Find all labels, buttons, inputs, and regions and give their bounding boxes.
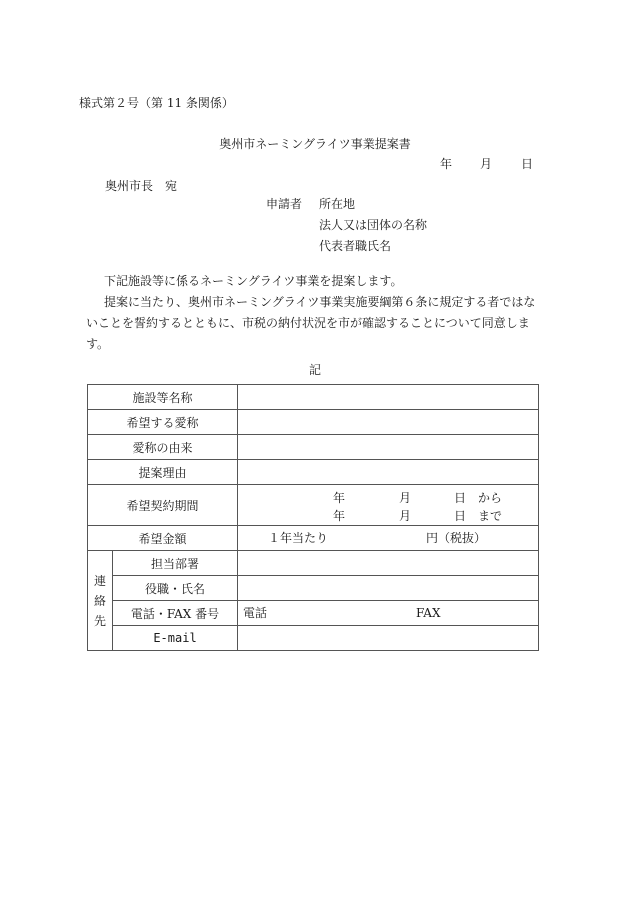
table-row: 希望契約期間 年 月 日 から 年 月 日 まで — [88, 485, 539, 526]
period-to-suffix: まで — [478, 507, 502, 524]
email-field[interactable] — [238, 626, 539, 651]
period-to-day: 日 — [454, 507, 466, 524]
proposal-reason-label: 提案理由 — [88, 460, 238, 485]
proposal-form-table: 施設等名称 希望する愛称 愛称の由来 提案理由 希望契約期間 年 月 日 から … — [87, 384, 539, 651]
table-row: 施設等名称 — [88, 385, 539, 410]
facility-name-label: 施設等名称 — [88, 385, 238, 410]
date-month: 月 — [480, 157, 492, 171]
contact-group-label: 連 絡 先 — [88, 551, 113, 651]
amount-unit: 円（税抜） — [426, 526, 486, 550]
period-from-month: 月 — [399, 489, 411, 506]
phone-label: 電話 — [243, 601, 267, 625]
table-row: 愛称の由来 — [88, 435, 539, 460]
facility-name-field[interactable] — [238, 385, 539, 410]
period-from-year: 年 — [333, 489, 345, 506]
table-row: 役職・氏名 — [88, 576, 539, 601]
applicant-label: 申請者 — [266, 197, 302, 211]
fax-label: FAX — [416, 601, 441, 625]
contract-period-field[interactable]: 年 月 日 から 年 月 日 まで — [238, 485, 539, 526]
position-name-label: 役職・氏名 — [113, 576, 238, 601]
department-field[interactable] — [238, 551, 539, 576]
period-to-month: 月 — [399, 507, 411, 524]
period-from-suffix: から — [478, 489, 502, 506]
amount-prefix: １年当たり — [268, 526, 328, 550]
desired-nickname-field[interactable] — [238, 410, 539, 435]
desired-amount-field[interactable]: １年当たり 円（税抜） — [238, 526, 539, 551]
phone-fax-label: 電話・FAX 番号 — [113, 601, 238, 626]
nickname-origin-label: 愛称の由来 — [88, 435, 238, 460]
paragraph-pledge: 提案に当たり、奥州市ネーミングライツ事業実施要綱第６条に規定する者ではないことを… — [86, 292, 546, 355]
desired-amount-label: 希望金額 — [88, 526, 238, 551]
phone-fax-field[interactable]: 電話 FAX — [238, 601, 539, 626]
table-row: E-mail — [88, 626, 539, 651]
contract-period-label: 希望契約期間 — [88, 485, 238, 526]
nickname-origin-field[interactable] — [238, 435, 539, 460]
document-title: 奥州市ネーミングライツ事業提案書 — [0, 137, 630, 151]
position-name-field[interactable] — [238, 576, 539, 601]
table-row: 希望金額 １年当たり 円（税抜） — [88, 526, 539, 551]
table-row: 連 絡 先 担当部署 — [88, 551, 539, 576]
ki-heading: 記 — [0, 363, 630, 377]
applicant-address-label: 所在地 — [319, 197, 355, 211]
period-from-day: 日 — [454, 489, 466, 506]
applicant-representative-label: 代表者職氏名 — [319, 239, 391, 253]
email-label: E-mail — [113, 626, 238, 651]
desired-nickname-label: 希望する愛称 — [88, 410, 238, 435]
proposal-reason-field[interactable] — [238, 460, 539, 485]
department-label: 担当部署 — [113, 551, 238, 576]
addressee: 奥州市長 宛 — [105, 179, 177, 193]
date-year: 年 — [440, 157, 452, 171]
table-row: 電話・FAX 番号 電話 FAX — [88, 601, 539, 626]
period-to-year: 年 — [333, 507, 345, 524]
applicant-org-name-label: 法人又は団体の名称 — [319, 218, 427, 232]
paragraph-proposal: 下記施設等に係るネーミングライツ事業を提案します。 — [86, 271, 546, 292]
form-number: 様式第２号（第 11 条関係） — [79, 96, 234, 110]
table-row: 希望する愛称 — [88, 410, 539, 435]
table-row: 提案理由 — [88, 460, 539, 485]
date-day: 日 — [521, 157, 533, 171]
